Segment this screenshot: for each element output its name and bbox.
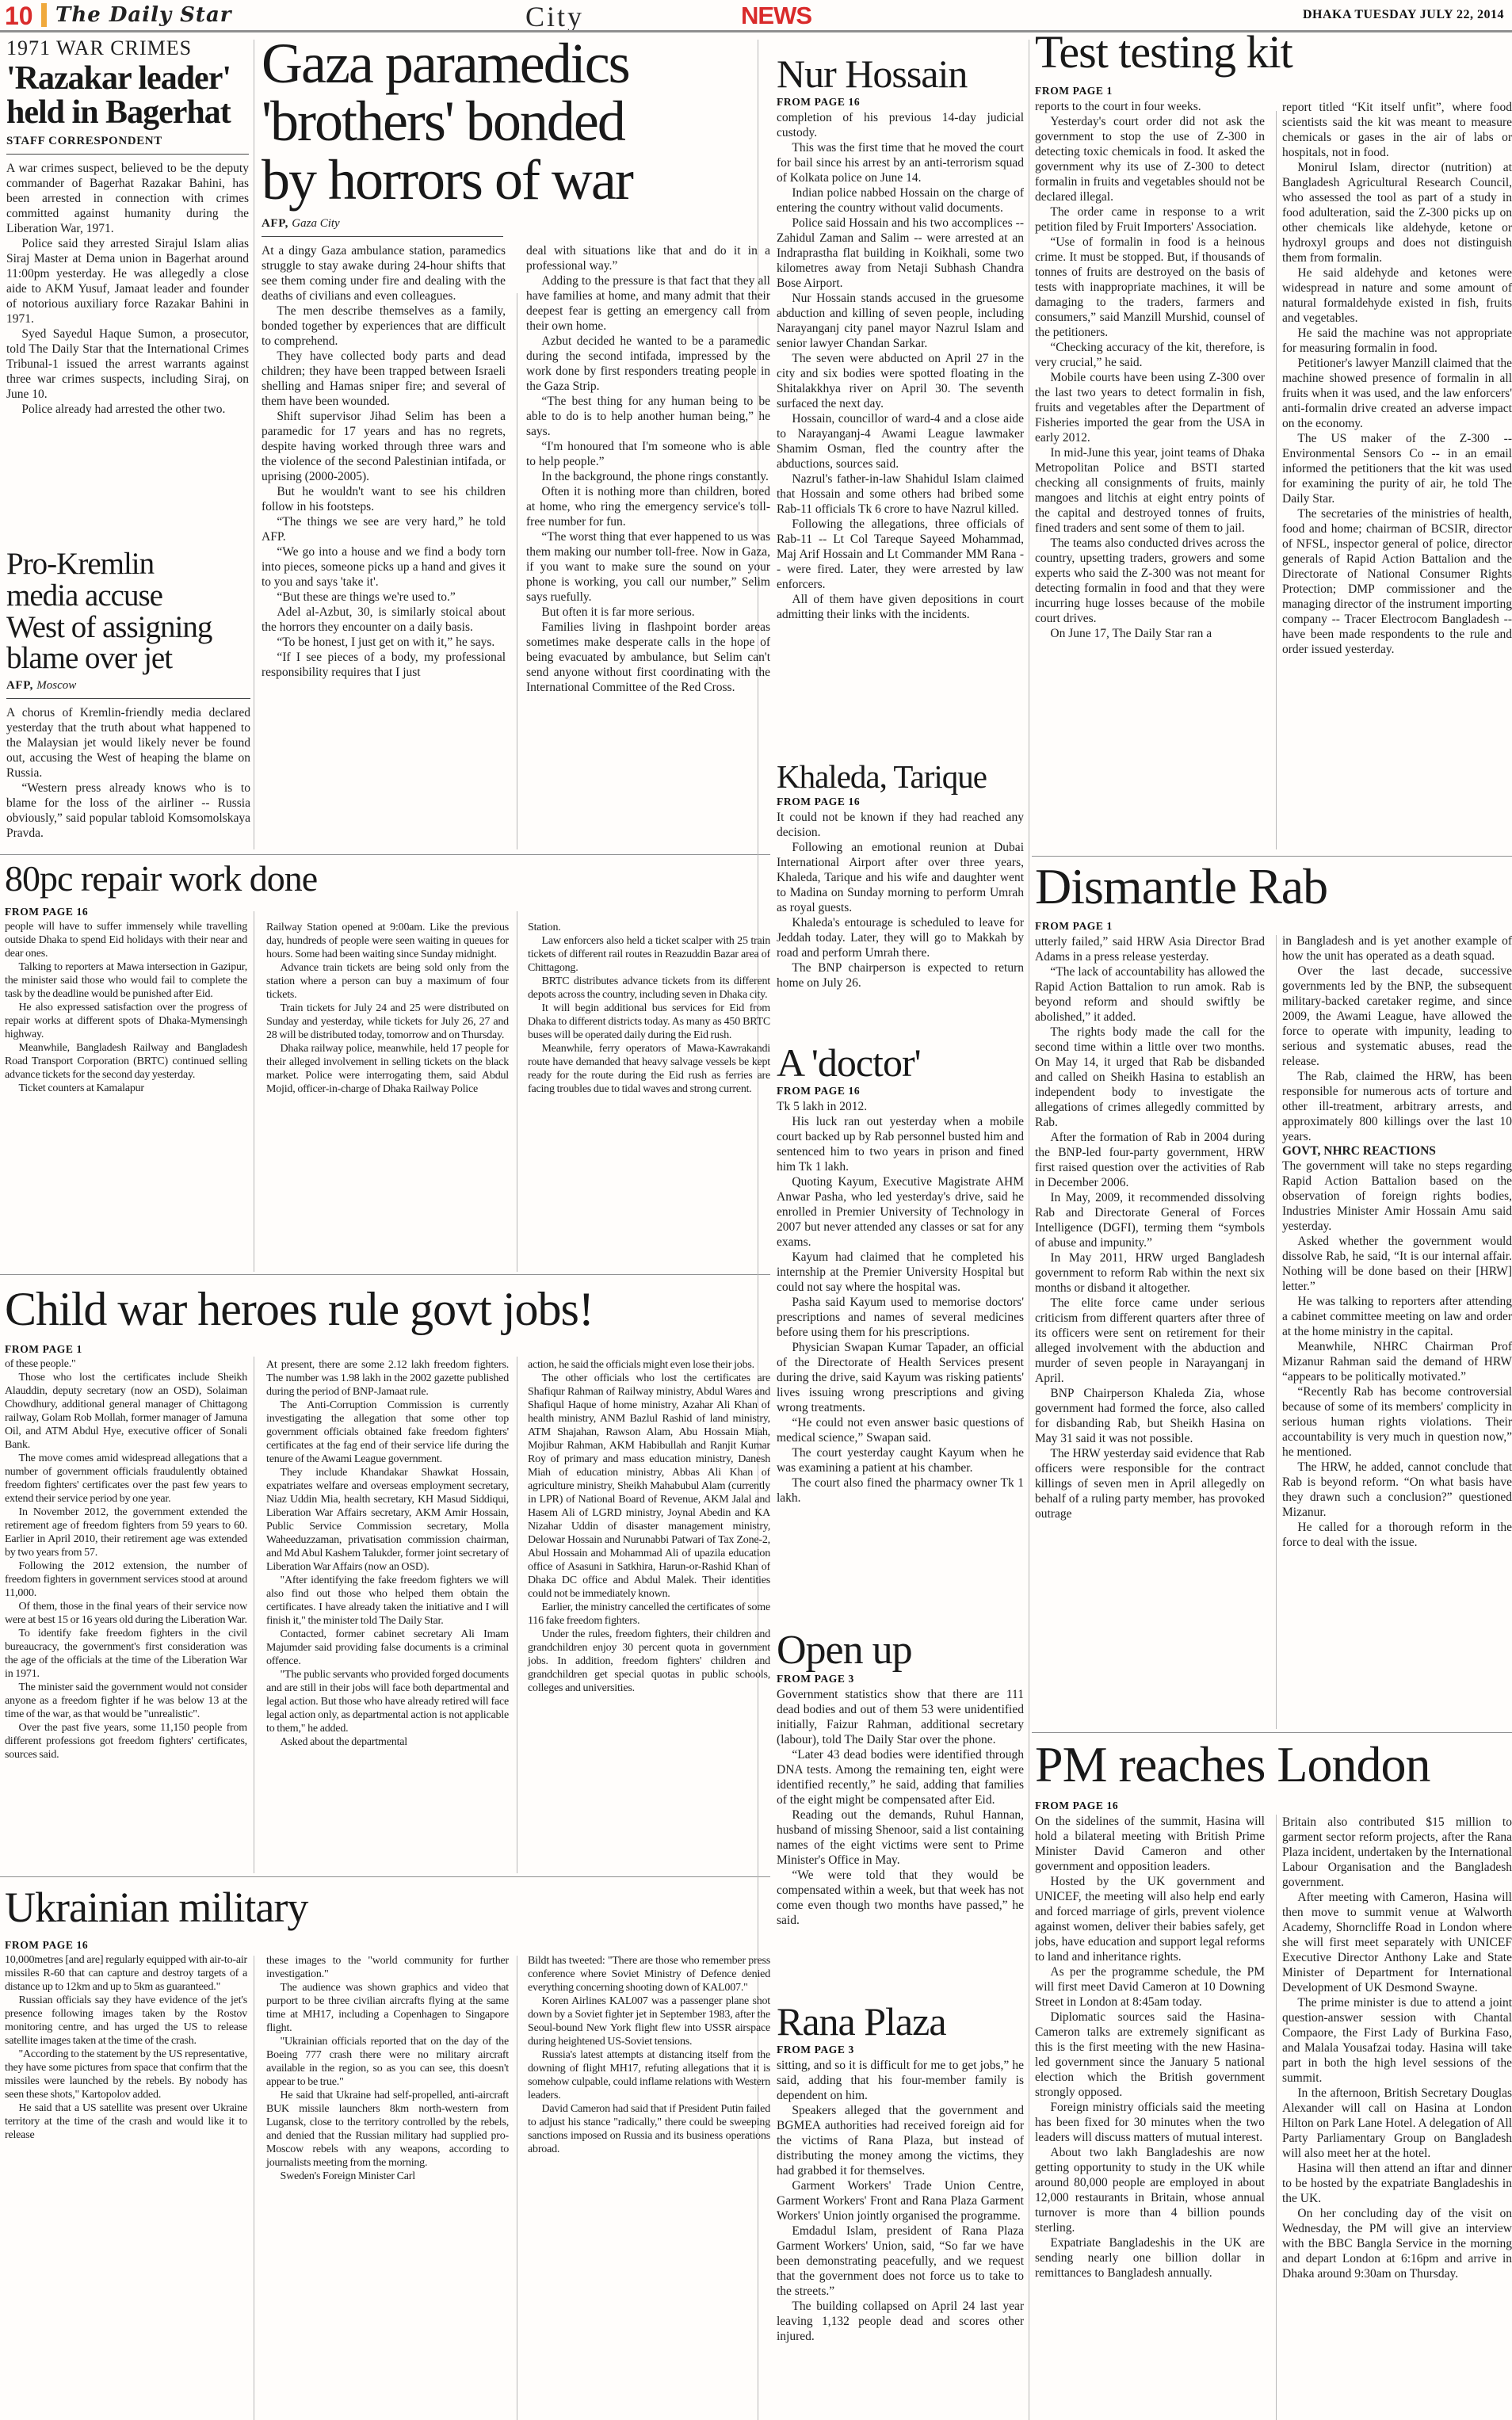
paragraph: His luck ran out yesterday when a mobile… bbox=[777, 1114, 1024, 1174]
headline: A 'doctor' bbox=[777, 1043, 1024, 1083]
paragraph: "After identifying the fake freedom figh… bbox=[266, 1574, 509, 1628]
paragraph: Following an emotional reunion at Dubai … bbox=[777, 840, 1024, 915]
article-test-testing-kit: Test testing kit FROM PAGE 1 reports to … bbox=[1035, 29, 1512, 851]
kicker: 1971 WAR CRIMES bbox=[6, 36, 249, 60]
paragraph: Nazrul's father-in-law Shahidul Islam cl… bbox=[777, 471, 1024, 517]
paragraph: Reading out the demands, Ruhul Hannan, h… bbox=[777, 1807, 1024, 1868]
from-page: FROM PAGE 16 bbox=[5, 1939, 247, 1952]
paragraph: The secretaries of the ministries of hea… bbox=[1282, 506, 1512, 657]
paragraph: Koren Airlines KAL007 was a passenger pl… bbox=[528, 1994, 770, 2048]
paragraph: Quoting Kayum, Executive Magistrate AHM … bbox=[777, 1174, 1024, 1250]
paragraph: In the background, the phone rings const… bbox=[526, 469, 770, 484]
masthead-logo: The Daily Star bbox=[55, 3, 231, 27]
article-body: Tk 5 lakh in 2012.His luck ran out yeste… bbox=[777, 1099, 1024, 1506]
paragraph: The other officials who lost the certifi… bbox=[528, 1372, 770, 1601]
paragraph: “I'm honoured that I'm someone who is ab… bbox=[526, 439, 770, 469]
paragraph: completion of his previous 14-day judici… bbox=[777, 110, 1024, 140]
paragraph: Monirul Islam, director (nutrition) at B… bbox=[1282, 160, 1512, 265]
paragraph: Railway Station opened at 9:00am. Like t… bbox=[266, 921, 509, 961]
subhead: GOVT, NHRC REACTIONS bbox=[1282, 1144, 1512, 1158]
paragraph: Often it is nothing more than children, … bbox=[526, 484, 770, 529]
paragraph: Russian officials say they have evidence… bbox=[5, 1994, 247, 2048]
column-3: action, he said the officials might even… bbox=[528, 1342, 770, 1762]
paragraph: The order came in response to a writ pet… bbox=[1035, 204, 1265, 235]
paragraph: Indian police nabbed Hossain on the char… bbox=[777, 185, 1024, 216]
from-page: FROM PAGE 3 bbox=[777, 2044, 1024, 2056]
paragraph: He was talking to reporters after attend… bbox=[1282, 1294, 1512, 1339]
paragraph: Police already had arrested the other tw… bbox=[6, 402, 249, 417]
column-1: FROM PAGE 16 10,000metres [and are] regu… bbox=[5, 1937, 247, 2183]
paragraph: Families living in flashpoint border are… bbox=[526, 620, 770, 695]
paragraph: Syed Sayedul Haque Sumon, a prosecutor, … bbox=[6, 326, 249, 402]
paragraph: Government statistics show that there ar… bbox=[777, 1687, 1024, 1747]
column-1: FROM PAGE 1 utterly failed,” said HRW As… bbox=[1035, 918, 1265, 1550]
body-columns: FROM PAGE 16 people will have to suffer … bbox=[5, 904, 770, 1096]
from-page: FROM PAGE 16 bbox=[777, 796, 1024, 808]
headline: Khaleda, Tarique bbox=[777, 761, 1024, 794]
paragraph: Adding to the pressure is that fact that… bbox=[526, 273, 770, 334]
headline: Ukrainian military bbox=[5, 1886, 770, 1930]
section-rule bbox=[0, 1274, 770, 1275]
paragraph: Emdadul Islam, president of Rana Plaza G… bbox=[777, 2223, 1024, 2299]
paragraph: Hosted by the UK government and UNICEF, … bbox=[1035, 1874, 1265, 1964]
article-ukrainian-military: Ukrainian military FROM PAGE 16 10,000me… bbox=[5, 1886, 770, 2420]
body-columns: FROM PAGE 16 On the sidelines of the sum… bbox=[1035, 1798, 1512, 2281]
column-3: Station.Law enforcers also held a ticket… bbox=[528, 904, 770, 1096]
byline: STAFF CORRESPONDENT bbox=[6, 130, 249, 155]
paragraph: The move comes amid widespread allegatio… bbox=[5, 1452, 247, 1506]
paragraph: Following the 2012 extension, the number… bbox=[5, 1559, 247, 1600]
article-gaza: Gaza paramedics 'brothers' bonded by hor… bbox=[262, 35, 770, 853]
paragraph: "The public servants who provided forged… bbox=[266, 1668, 509, 1735]
paragraph: The BNP chairperson is expected to retur… bbox=[777, 960, 1024, 991]
paragraph: “We go into a house and we find a body t… bbox=[262, 544, 506, 590]
paragraph: “We were told that they would be compens… bbox=[777, 1868, 1024, 1928]
paragraph: Station. bbox=[528, 921, 770, 934]
paragraph: They include Khandakar Shawkat Hossain, … bbox=[266, 1466, 509, 1574]
paragraph: Khaleda's entourage is scheduled to leav… bbox=[777, 915, 1024, 960]
from-page: FROM PAGE 16 bbox=[5, 906, 247, 918]
paragraph: The teams also conducted drives across t… bbox=[1035, 536, 1265, 626]
paragraph: The minister said the government would n… bbox=[5, 1681, 247, 1721]
news-label: NEWS bbox=[741, 2, 811, 30]
paragraph: But often it is far more serious. bbox=[526, 605, 770, 620]
body-columns: FROM PAGE 1 reports to the court in four… bbox=[1035, 83, 1512, 657]
paragraph: It will begin additional bus services fo… bbox=[528, 1002, 770, 1042]
paragraph: As per the programme schedule, the PM wi… bbox=[1035, 1964, 1265, 2010]
paragraph: The Anti-Corruption Commission is curren… bbox=[266, 1399, 509, 1466]
paragraph: deal with situations like that and do it… bbox=[526, 243, 770, 273]
from-page: FROM PAGE 16 bbox=[777, 1085, 1024, 1097]
paragraph: Tk 5 lakh in 2012. bbox=[777, 1099, 1024, 1114]
paragraph: He also expressed satisfaction over the … bbox=[5, 1001, 247, 1041]
article-kremlin: Pro-Kremlin media accuse West of assigni… bbox=[6, 548, 250, 856]
paragraph: Physician Swapan Kumar Tapader, an offic… bbox=[777, 1340, 1024, 1415]
paragraph: Train tickets for July 24 and 25 were di… bbox=[266, 1002, 509, 1042]
paragraph: “To be honest, I just get on with it,” h… bbox=[262, 635, 506, 650]
from-page: FROM PAGE 16 bbox=[777, 96, 1024, 109]
column-1: At a dingy Gaza ambulance station, param… bbox=[262, 243, 506, 695]
dateline: DHAKA TUESDAY JULY 22, 2014 bbox=[1303, 8, 1504, 22]
paragraph: “Recently Rab has become controversial b… bbox=[1282, 1384, 1512, 1460]
paragraph: After the formation of Rab in 2004 durin… bbox=[1035, 1130, 1265, 1190]
paragraph: At a dingy Gaza ambulance station, param… bbox=[262, 243, 506, 303]
column-1: FROM PAGE 1 reports to the court in four… bbox=[1035, 83, 1265, 657]
headline: Dismantle Rab bbox=[1035, 861, 1512, 912]
paragraph: Meanwhile, Bangladesh Railway and Bangla… bbox=[5, 1041, 247, 1082]
paragraph: of these people." bbox=[5, 1357, 247, 1371]
article-80pc-repair: 80pc repair work done FROM PAGE 16 peopl… bbox=[5, 861, 770, 1273]
paragraph: He said aldehyde and ketones were widesp… bbox=[1282, 265, 1512, 326]
column-2: Railway Station opened at 9:00am. Like t… bbox=[266, 904, 509, 1096]
headline: Gaza paramedics 'brothers' bonded by hor… bbox=[262, 35, 770, 209]
from-page: FROM PAGE 16 bbox=[1035, 1800, 1265, 1812]
paragraph: The HRW yesterday said evidence that Rab… bbox=[1035, 1446, 1265, 1521]
paragraph: Kayum had claimed that he completed his … bbox=[777, 1250, 1024, 1295]
page-header: 10 The Daily Star City NEWS DHAKA TUESDA… bbox=[0, 0, 1512, 32]
column-2: in Bangladesh and is yet another example… bbox=[1282, 918, 1512, 1550]
byline: AFP, Gaza City bbox=[262, 212, 503, 237]
article-body: A chorus of Kremlin-friendly media decla… bbox=[6, 705, 250, 841]
paragraph: The court yesterday caught Kayum when he… bbox=[777, 1445, 1024, 1475]
paragraph: In May 2011, HRW urged Bangladesh govern… bbox=[1035, 1250, 1265, 1296]
paragraph: Talking to reporters at Mawa intersectio… bbox=[5, 960, 247, 1001]
from-page: FROM PAGE 3 bbox=[777, 1673, 1024, 1685]
article-open-up: Open up FROM PAGE 3 Government statistic… bbox=[777, 1629, 1024, 1998]
paragraph: Expatriate Bangladeshis in the UK are se… bbox=[1035, 2235, 1265, 2281]
column-1: FROM PAGE 1 of these people."Those who l… bbox=[5, 1342, 247, 1762]
paragraph: Asked about the departmental bbox=[266, 1735, 509, 1749]
paragraph: Britain also contributed $15 million to … bbox=[1282, 1815, 1512, 1890]
paragraph: Police said they arrested Sirajul Islam … bbox=[6, 236, 249, 326]
paragraph: “The lack of accountability has allowed … bbox=[1035, 964, 1265, 1025]
paragraph: The Rab, claimed the HRW, has been respo… bbox=[1282, 1069, 1512, 1144]
from-page: FROM PAGE 1 bbox=[5, 1343, 247, 1356]
column-2: Britain also contributed $15 million to … bbox=[1282, 1798, 1512, 2281]
paragraph: In the afternoon, British Secretary Doug… bbox=[1282, 2086, 1512, 2161]
section-rule bbox=[1032, 856, 1512, 857]
paragraph: “Western press already knows who is to b… bbox=[6, 781, 250, 841]
headline: PM reaches London bbox=[1035, 1739, 1512, 1790]
paragraph: The prime minister is due to attend a jo… bbox=[1282, 1995, 1512, 2086]
article-body: It could not be known if they had reache… bbox=[777, 810, 1024, 991]
paragraph: Contacted, former cabinet secretary Ali … bbox=[266, 1628, 509, 1668]
paragraph: Speakers alleged that the government and… bbox=[777, 2103, 1024, 2178]
paragraph: Those who lost the certificates include … bbox=[5, 1371, 247, 1452]
headline: Rana Plaza bbox=[777, 2002, 1024, 2042]
paragraph: David Cameron had said that if President… bbox=[528, 2102, 770, 2156]
paragraph: About two lakh Bangladeshis are now gett… bbox=[1035, 2145, 1265, 2235]
column-2: report titled “Kit itself unfit”, where … bbox=[1282, 83, 1512, 657]
from-page: FROM PAGE 1 bbox=[1035, 920, 1265, 933]
yellow-bar bbox=[41, 3, 47, 27]
paragraph: All of them have given depositions in co… bbox=[777, 592, 1024, 622]
paragraph: Dhaka railway police, meanwhile, held 17… bbox=[266, 1042, 509, 1096]
headline: Nur Hossain bbox=[777, 54, 1024, 94]
paragraph: “The best thing for any human being to b… bbox=[526, 394, 770, 439]
paragraph: Adel al-Azbut, 30, is similarly stoical … bbox=[262, 605, 506, 635]
paragraph: In mid-June this year, joint teams of Dh… bbox=[1035, 445, 1265, 536]
paragraph: The government will take no steps regard… bbox=[1282, 1158, 1512, 1234]
article-child-war-heroes: Child war heroes rule govt jobs! FROM PA… bbox=[5, 1285, 770, 1875]
column-2: deal with situations like that and do it… bbox=[526, 243, 770, 695]
headline: Test testing kit bbox=[1035, 29, 1512, 75]
column-1: FROM PAGE 16 On the sidelines of the sum… bbox=[1035, 1798, 1265, 2281]
article-khaleda-tarique: Khaleda, Tarique FROM PAGE 16 It could n… bbox=[777, 761, 1024, 1040]
paragraph: these images to the "world community for… bbox=[266, 1954, 509, 1981]
section-rule bbox=[0, 1876, 770, 1877]
paragraph: He said that Ukraine had self-propelled,… bbox=[266, 2089, 509, 2170]
byline: AFP, Moscow bbox=[6, 674, 250, 699]
paragraph: Bildt has tweeted: "There are those who … bbox=[528, 1954, 770, 1994]
paragraph: The building collapsed on April 24 last … bbox=[777, 2299, 1024, 2344]
paragraph: Garment Workers' Trade Union Centre, Gar… bbox=[777, 2178, 1024, 2223]
paragraph: Over the last decade, successive governm… bbox=[1282, 964, 1512, 1069]
paragraph: “But these are things we're used to.” bbox=[262, 590, 506, 605]
paragraph: sitting, and so it is difficult for me t… bbox=[777, 2058, 1024, 2103]
paragraph: Pasha said Kayum used to memorise doctor… bbox=[777, 1295, 1024, 1340]
paragraph: "According to the statement by the US re… bbox=[5, 2048, 247, 2101]
paragraph: Meanwhile, NHRC Chairman Prof Mizanur Ra… bbox=[1282, 1339, 1512, 1384]
column-2: At present, there are some 2.12 lakh fre… bbox=[266, 1342, 509, 1762]
headline: 'Razakar leader' held in Bagerhat bbox=[6, 62, 249, 130]
paragraph: To identify fake freedom fighters in the… bbox=[5, 1627, 247, 1681]
paragraph: The men describe themselves as a family,… bbox=[262, 303, 506, 349]
article-rana-plaza: Rana Plaza FROM PAGE 3 sitting, and so i… bbox=[777, 2002, 1024, 2420]
article-body: completion of his previous 14-day judici… bbox=[777, 110, 1024, 622]
section-title: City bbox=[475, 0, 634, 33]
paragraph: In May, 2009, it recommended dissolving … bbox=[1035, 1190, 1265, 1250]
paragraph: Nur Hossain stands accused in the grueso… bbox=[777, 291, 1024, 351]
body-columns: FROM PAGE 1 of these people."Those who l… bbox=[5, 1342, 770, 1762]
paragraph: BNP Chairperson Khaleda Zia, whose gover… bbox=[1035, 1386, 1265, 1446]
paragraph: Diplomatic sources said the Hasina-Camer… bbox=[1035, 2010, 1265, 2100]
from-page: FROM PAGE 1 bbox=[1035, 85, 1265, 97]
page-number: 10 bbox=[5, 2, 33, 31]
headline: Child war heroes rule govt jobs! bbox=[5, 1285, 770, 1334]
paragraph: “If I see pieces of a body, my professio… bbox=[262, 650, 506, 680]
paragraph: utterly failed,” said HRW Asia Director … bbox=[1035, 934, 1265, 964]
paragraph: Shift supervisor Jihad Selim has been a … bbox=[262, 409, 506, 484]
article-nur-hossain: Nur Hossain FROM PAGE 16 completion of h… bbox=[777, 54, 1024, 759]
body-columns: FROM PAGE 1 utterly failed,” said HRW As… bbox=[1035, 918, 1512, 1550]
paragraph: Of them, those in the final years of the… bbox=[5, 1600, 247, 1627]
paragraph: Over the past five years, some 11,150 pe… bbox=[5, 1721, 247, 1762]
paragraph: The elite force came under serious criti… bbox=[1035, 1296, 1265, 1386]
paragraph: Under the rules, freedom fighters, their… bbox=[528, 1628, 770, 1695]
column-3: Bildt has tweeted: "There are those who … bbox=[528, 1937, 770, 2183]
paragraph: This was the first time that he moved th… bbox=[777, 140, 1024, 185]
paragraph: On June 17, The Daily Star ran a bbox=[1035, 626, 1265, 641]
paragraph: report titled “Kit itself unfit”, where … bbox=[1282, 100, 1512, 160]
paragraph: Police said Hossain and his two accompli… bbox=[777, 216, 1024, 291]
paragraph: The audience was shown graphics and vide… bbox=[266, 1981, 509, 2035]
paragraph: The rights body made the call for the se… bbox=[1035, 1025, 1265, 1130]
paragraph: “Later 43 dead bodies were identified th… bbox=[777, 1747, 1024, 1807]
paragraph: reports to the court in four weeks. bbox=[1035, 99, 1265, 114]
paragraph: Azbut decided he wanted to be a paramedi… bbox=[526, 334, 770, 394]
paragraph: "Ukrainian officials reported that on th… bbox=[266, 2035, 509, 2089]
body-columns: FROM PAGE 16 10,000metres [and are] regu… bbox=[5, 1937, 770, 2183]
paragraph: Following the allegations, three officia… bbox=[777, 517, 1024, 592]
paragraph: in Bangladesh and is yet another example… bbox=[1282, 933, 1512, 964]
paragraph: Hasina will then attend an iftar and din… bbox=[1282, 2161, 1512, 2206]
paragraph: The seven were abducted on April 27 in t… bbox=[777, 351, 1024, 411]
paragraph: On her concluding day of the visit on We… bbox=[1282, 2206, 1512, 2281]
headline: 80pc repair work done bbox=[5, 861, 770, 898]
paragraph: BRTC distributes advance tickets from it… bbox=[528, 975, 770, 1002]
column-2: these images to the "world community for… bbox=[266, 1937, 509, 2183]
paragraph: Foreign ministry officials said the meet… bbox=[1035, 2100, 1265, 2145]
paragraph: Asked whether the government would disso… bbox=[1282, 1234, 1512, 1294]
paragraph: Hossain, councillor of ward-4 and a clos… bbox=[777, 411, 1024, 471]
article-body: A war crimes suspect, believed to be the… bbox=[6, 161, 249, 417]
paragraph: He said that a US satellite was present … bbox=[5, 2101, 247, 2142]
paragraph: Meanwhile, ferry operators of Mawa-Kawra… bbox=[528, 1042, 770, 1096]
paragraph: Yesterday's court order did not ask the … bbox=[1035, 114, 1265, 204]
column-divider bbox=[1029, 40, 1029, 2420]
paragraph: action, he said the officials might even… bbox=[528, 1358, 770, 1372]
paragraph: “He could not even answer basic question… bbox=[777, 1415, 1024, 1445]
paragraph: At present, there are some 2.12 lakh fre… bbox=[266, 1358, 509, 1399]
article-body: Government statistics show that there ar… bbox=[777, 1687, 1024, 1928]
paragraph: After meeting with Cameron, Hasina will … bbox=[1282, 1890, 1512, 1995]
column-divider bbox=[254, 40, 254, 849]
body-columns: At a dingy Gaza ambulance station, param… bbox=[262, 243, 770, 695]
article-body: sitting, and so it is difficult for me t… bbox=[777, 2058, 1024, 2344]
paragraph: A war crimes suspect, believed to be the… bbox=[6, 161, 249, 236]
article-dismantle-rab: Dismantle Rab FROM PAGE 1 utterly failed… bbox=[1035, 861, 1512, 1729]
article-a-doctor: A 'doctor' FROM PAGE 16 Tk 5 lakh in 201… bbox=[777, 1043, 1024, 1628]
paragraph: But he wouldn't want to see his children… bbox=[262, 484, 506, 514]
paragraph: “Use of formalin in food is a heinous cr… bbox=[1035, 235, 1265, 340]
paragraph: In November 2012, the government extende… bbox=[5, 1506, 247, 1559]
headline: Pro-Kremlin media accuse West of assigni… bbox=[6, 548, 250, 674]
paragraph: A chorus of Kremlin-friendly media decla… bbox=[6, 705, 250, 781]
paragraph: On the sidelines of the summit, Hasina w… bbox=[1035, 1814, 1265, 1874]
article-pm-reaches-london: PM reaches London FROM PAGE 16 On the si… bbox=[1035, 1739, 1512, 2420]
paragraph: The HRW, he added, cannot conclude that … bbox=[1282, 1460, 1512, 1520]
paragraph: “The worst thing that ever happened to u… bbox=[526, 529, 770, 605]
paragraph: He called for a thorough reform in the f… bbox=[1282, 1520, 1512, 1550]
paragraph: Ticket counters at Kamalapur bbox=[5, 1082, 247, 1095]
paragraph: Petitioner's lawyer Manzill claimed that… bbox=[1282, 356, 1512, 431]
paragraph: 10,000metres [and are] regularly equippe… bbox=[5, 1953, 247, 1994]
paragraph: Advance train tickets are being sold onl… bbox=[266, 961, 509, 1002]
article-razakar: 1971 WAR CRIMES 'Razakar leader' held in… bbox=[6, 36, 249, 547]
paragraph: Sweden's Foreign Minister Carl bbox=[266, 2170, 509, 2183]
paragraph: Russia's latest attempts at distancing i… bbox=[528, 2048, 770, 2102]
paragraph: The US maker of the Z-300 -- Environment… bbox=[1282, 431, 1512, 506]
paragraph: The court also fined the pharmacy owner … bbox=[777, 1475, 1024, 1506]
paragraph: He said the machine was not appropriate … bbox=[1282, 326, 1512, 356]
headline: Open up bbox=[777, 1629, 1024, 1671]
newspaper-page: 10 The Daily Star City NEWS DHAKA TUESDA… bbox=[0, 0, 1512, 2420]
paragraph: “The things we see are very hard,” he to… bbox=[262, 514, 506, 544]
paragraph: Mobile courts have been using Z-300 over… bbox=[1035, 370, 1265, 445]
paragraph: Earlier, the ministry cancelled the cert… bbox=[528, 1601, 770, 1628]
section-rule bbox=[1032, 1732, 1512, 1733]
paragraph: It could not be known if they had reache… bbox=[777, 810, 1024, 840]
paragraph: people will have to suffer immensely whi… bbox=[5, 920, 247, 960]
paragraph: They have collected body parts and dead … bbox=[262, 349, 506, 409]
paragraph: Law enforcers also held a ticket scalper… bbox=[528, 934, 770, 975]
column-1: FROM PAGE 16 people will have to suffer … bbox=[5, 904, 247, 1096]
paragraph: “Checking accuracy of the kit, therefore… bbox=[1035, 340, 1265, 370]
